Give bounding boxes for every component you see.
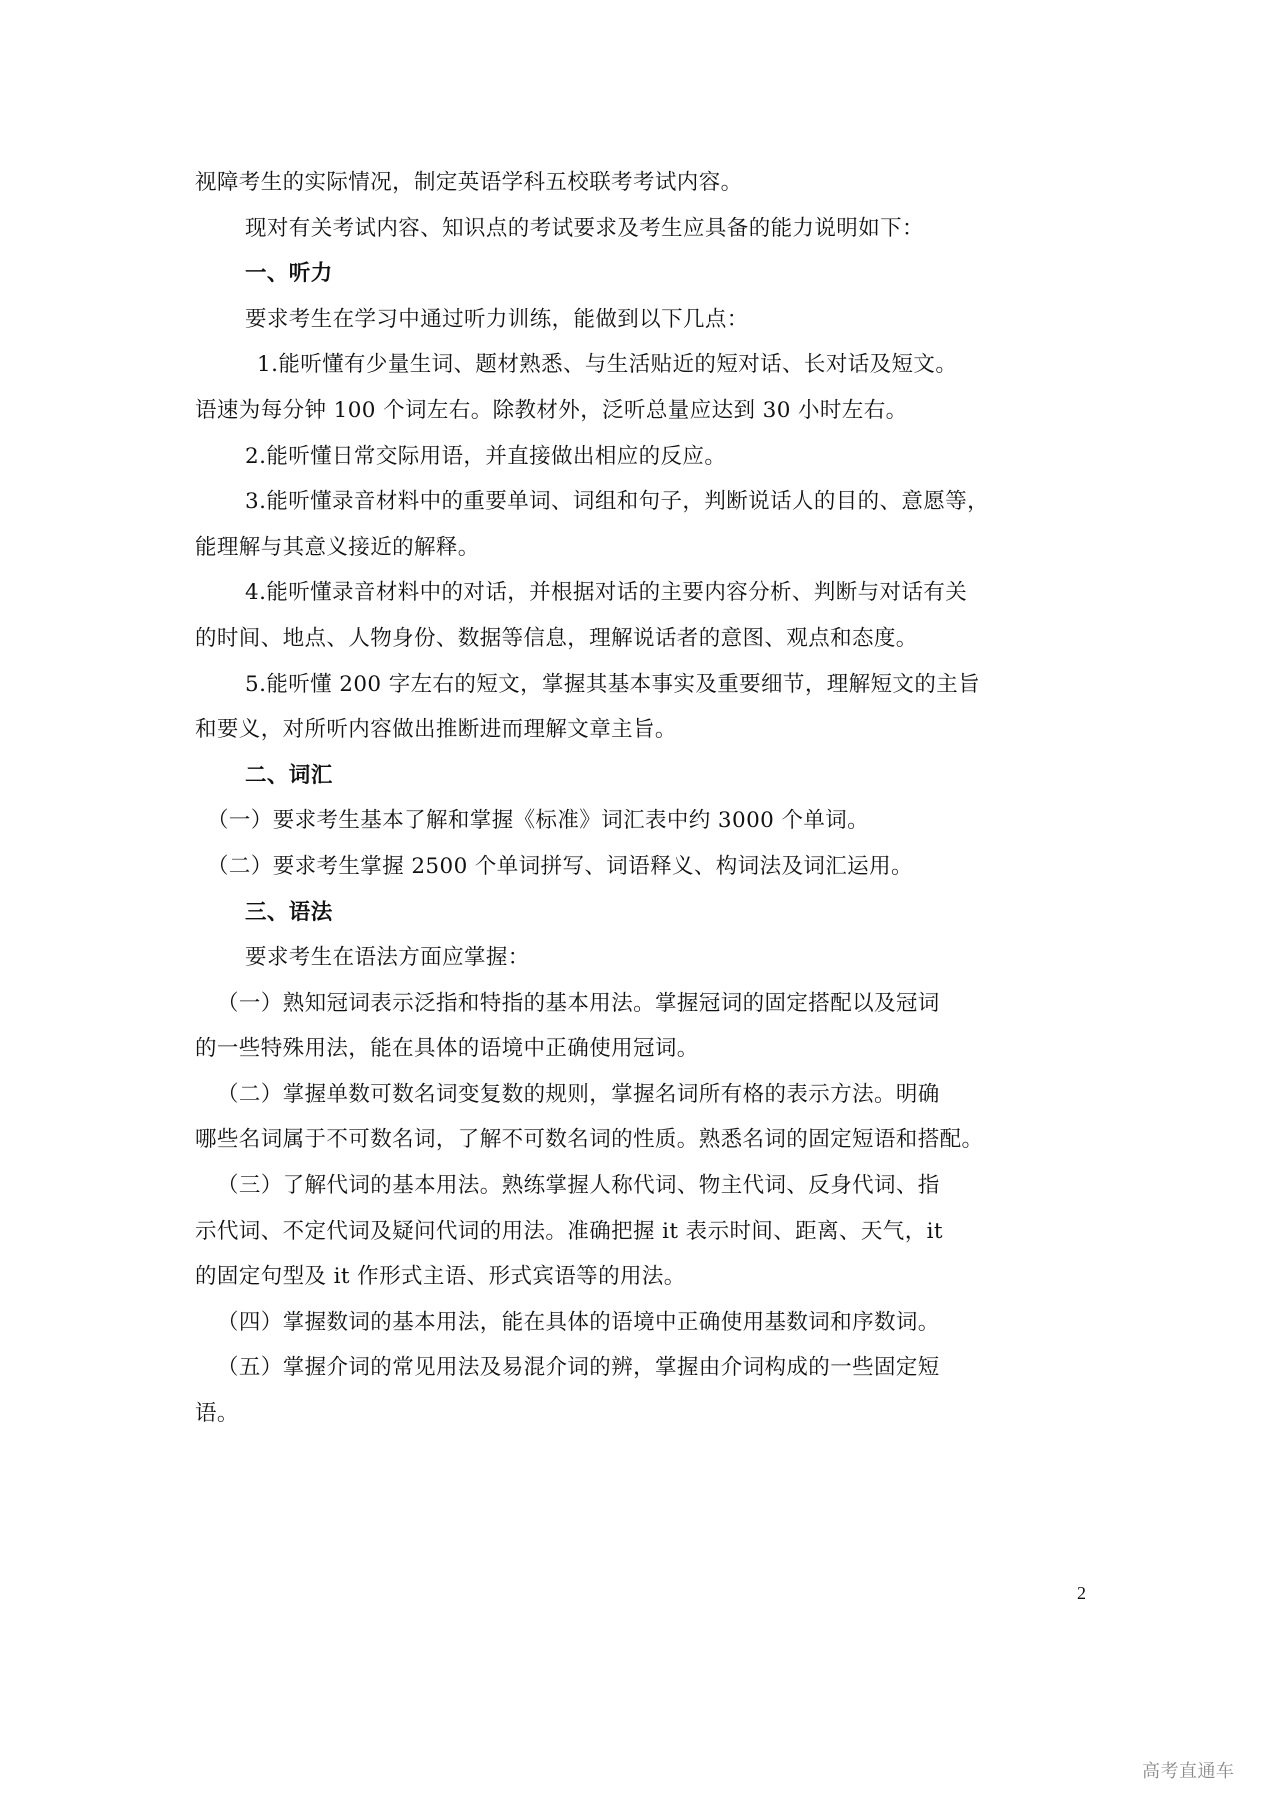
grammar-item-2: （二）掌握单数可数名词变复数的规则，掌握名词所有格的表示方法。明确 bbox=[195, 1072, 1095, 1118]
list-item-3: 3.能听懂录音材料中的重要单词、词组和句子，判断说话人的目的、意愿等， bbox=[195, 479, 1095, 525]
intro-paragraph: 现对有关考试内容、知识点的考试要求及考生应具备的能力说明如下： bbox=[195, 206, 1095, 252]
watermark-logo-text: 高考直通车 bbox=[1142, 1757, 1235, 1783]
paragraph-line: 视障考生的实际情况，制定英语学科五校联考考试内容。 bbox=[195, 160, 1095, 206]
section-heading-vocabulary: 二、词汇 bbox=[195, 753, 1095, 799]
list-item-4: 4.能听懂录音材料中的对话，并根据对话的主要内容分析、判断与对话有关 bbox=[195, 570, 1095, 616]
grammar-item-5: （五）掌握介词的常见用法及易混介词的辨，掌握由介词构成的一些固定短 bbox=[195, 1345, 1095, 1391]
document-body: 视障考生的实际情况，制定英语学科五校联考考试内容。 现对有关考试内容、知识点的考… bbox=[195, 160, 1095, 1437]
list-item-2: 2.能听懂日常交际用语，并直接做出相应的反应。 bbox=[195, 434, 1095, 480]
page-number: 2 bbox=[1077, 1583, 1086, 1604]
paragraph-line: 哪些名词属于不可数名词，了解不可数名词的性质。熟悉名词的固定短语和搭配。 bbox=[195, 1117, 1095, 1163]
grammar-item-1: （一）熟知冠词表示泛指和特指的基本用法。掌握冠词的固定搭配以及冠词 bbox=[195, 981, 1095, 1027]
paragraph-line: 和要义，对所听内容做出推断进而理解文章主旨。 bbox=[195, 707, 1095, 753]
paragraph-line: 语速为每分钟 100 个词左右。除教材外，泛听总量应达到 30 小时左右。 bbox=[195, 388, 1095, 434]
paragraph-line: 的一些特殊用法，能在具体的语境中正确使用冠词。 bbox=[195, 1026, 1095, 1072]
paragraph-line: 的固定句型及 it 作形式主语、形式宾语等的用法。 bbox=[195, 1254, 1095, 1300]
paragraph-line: 要求考生在语法方面应掌握： bbox=[195, 935, 1095, 981]
vocab-item-2: （二）要求考生掌握 2500 个单词拼写、词语释义、构词法及词汇运用。 bbox=[195, 844, 1095, 890]
paragraph-line: 的时间、地点、人物身份、数据等信息，理解说话者的意图、观点和态度。 bbox=[195, 616, 1095, 662]
list-item-5: 5.能听懂 200 字左右的短文，掌握其基本事实及重要细节，理解短文的主旨 bbox=[195, 662, 1095, 708]
paragraph-line: 示代词、不定代词及疑问代词的用法。准确把握 it 表示时间、距离、天气，it bbox=[195, 1209, 1095, 1255]
vocab-item-1: （一）要求考生基本了解和掌握《标准》词汇表中约 3000 个单词。 bbox=[195, 798, 1095, 844]
paragraph-line: 语。 bbox=[195, 1391, 1095, 1437]
grammar-item-4: （四）掌握数词的基本用法，能在具体的语境中正确使用基数词和序数词。 bbox=[195, 1300, 1095, 1346]
section-heading-listening: 一、听力 bbox=[195, 251, 1095, 297]
section-heading-grammar: 三、语法 bbox=[195, 890, 1095, 936]
paragraph-line: 能理解与其意义接近的解释。 bbox=[195, 525, 1095, 571]
paragraph-line: 要求考生在学习中通过听力训练，能做到以下几点： bbox=[195, 297, 1095, 343]
grammar-item-3: （三）了解代词的基本用法。熟练掌握人称代词、物主代词、反身代词、指 bbox=[195, 1163, 1095, 1209]
list-item-1: 1.能听懂有少量生词、题材熟悉、与生活贴近的短对话、长对话及短文。 bbox=[195, 342, 1095, 388]
